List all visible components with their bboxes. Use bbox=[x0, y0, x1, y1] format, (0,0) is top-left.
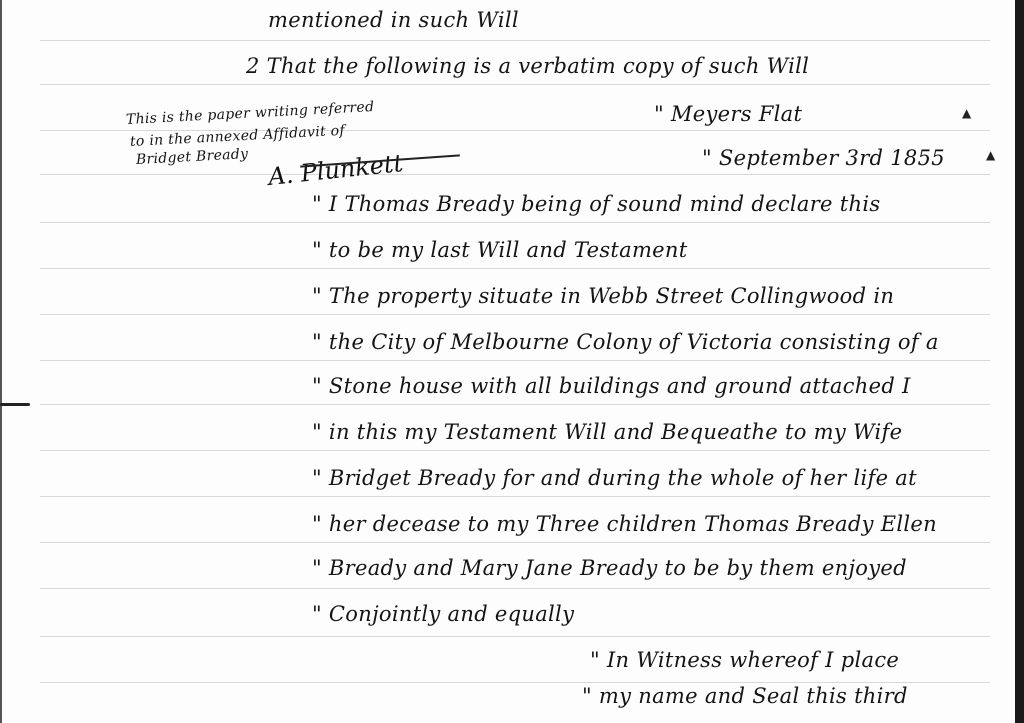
text-line: " Stone house with all buildings and gro… bbox=[312, 374, 911, 398]
text-line: " Bridget Bready for and during the whol… bbox=[312, 466, 917, 490]
page-left-edge bbox=[0, 0, 2, 723]
text-line: " In Witness whereof I place bbox=[590, 648, 899, 672]
ruled-line bbox=[40, 404, 990, 405]
ruled-line bbox=[40, 84, 990, 85]
ruled-line bbox=[40, 588, 990, 589]
ruled-line bbox=[40, 268, 990, 269]
ink-mark: ▲ bbox=[986, 148, 995, 162]
text-line: " The property situate in Webb Street Co… bbox=[312, 284, 894, 308]
ruled-line bbox=[40, 542, 990, 543]
signature: A. Plunkett bbox=[267, 149, 405, 191]
text-line: " September 3rd 1855 bbox=[702, 146, 945, 170]
ruled-line bbox=[40, 496, 990, 497]
ruled-line bbox=[40, 40, 990, 41]
text-line: " I Thomas Bready being of sound mind de… bbox=[312, 192, 880, 216]
margin-ink-mark bbox=[0, 403, 30, 406]
text-line: " her decease to my Three children Thoma… bbox=[312, 512, 937, 536]
ruled-line bbox=[40, 636, 990, 637]
text-line: " my name and Seal this third bbox=[582, 684, 908, 708]
ruled-line bbox=[40, 450, 990, 451]
ruled-line bbox=[40, 174, 990, 175]
text-line: " Conjointly and equally bbox=[312, 602, 574, 626]
text-line: " to be my last Will and Testament bbox=[312, 238, 687, 262]
margin-note-line: Bridget Bready bbox=[136, 146, 249, 168]
ruled-line bbox=[40, 682, 990, 683]
ruled-line bbox=[40, 360, 990, 361]
text-line: 2 That the following is a verbatim copy … bbox=[246, 54, 809, 78]
ink-mark: ▲ bbox=[962, 106, 971, 120]
text-line: " the City of Melbourne Colony of Victor… bbox=[312, 330, 939, 354]
scan-right-border bbox=[1015, 0, 1024, 723]
text-line: mentioned in such Will bbox=[268, 8, 519, 32]
text-line: " Bready and Mary Jane Bready to be by t… bbox=[312, 556, 907, 580]
ruled-line bbox=[40, 314, 990, 315]
text-line: " in this my Testament Will and Bequeath… bbox=[312, 420, 902, 444]
text-line: " Meyers Flat bbox=[654, 102, 802, 126]
ruled-line bbox=[40, 222, 990, 223]
document-page: mentioned in such Will 2 That the follow… bbox=[0, 0, 1024, 723]
